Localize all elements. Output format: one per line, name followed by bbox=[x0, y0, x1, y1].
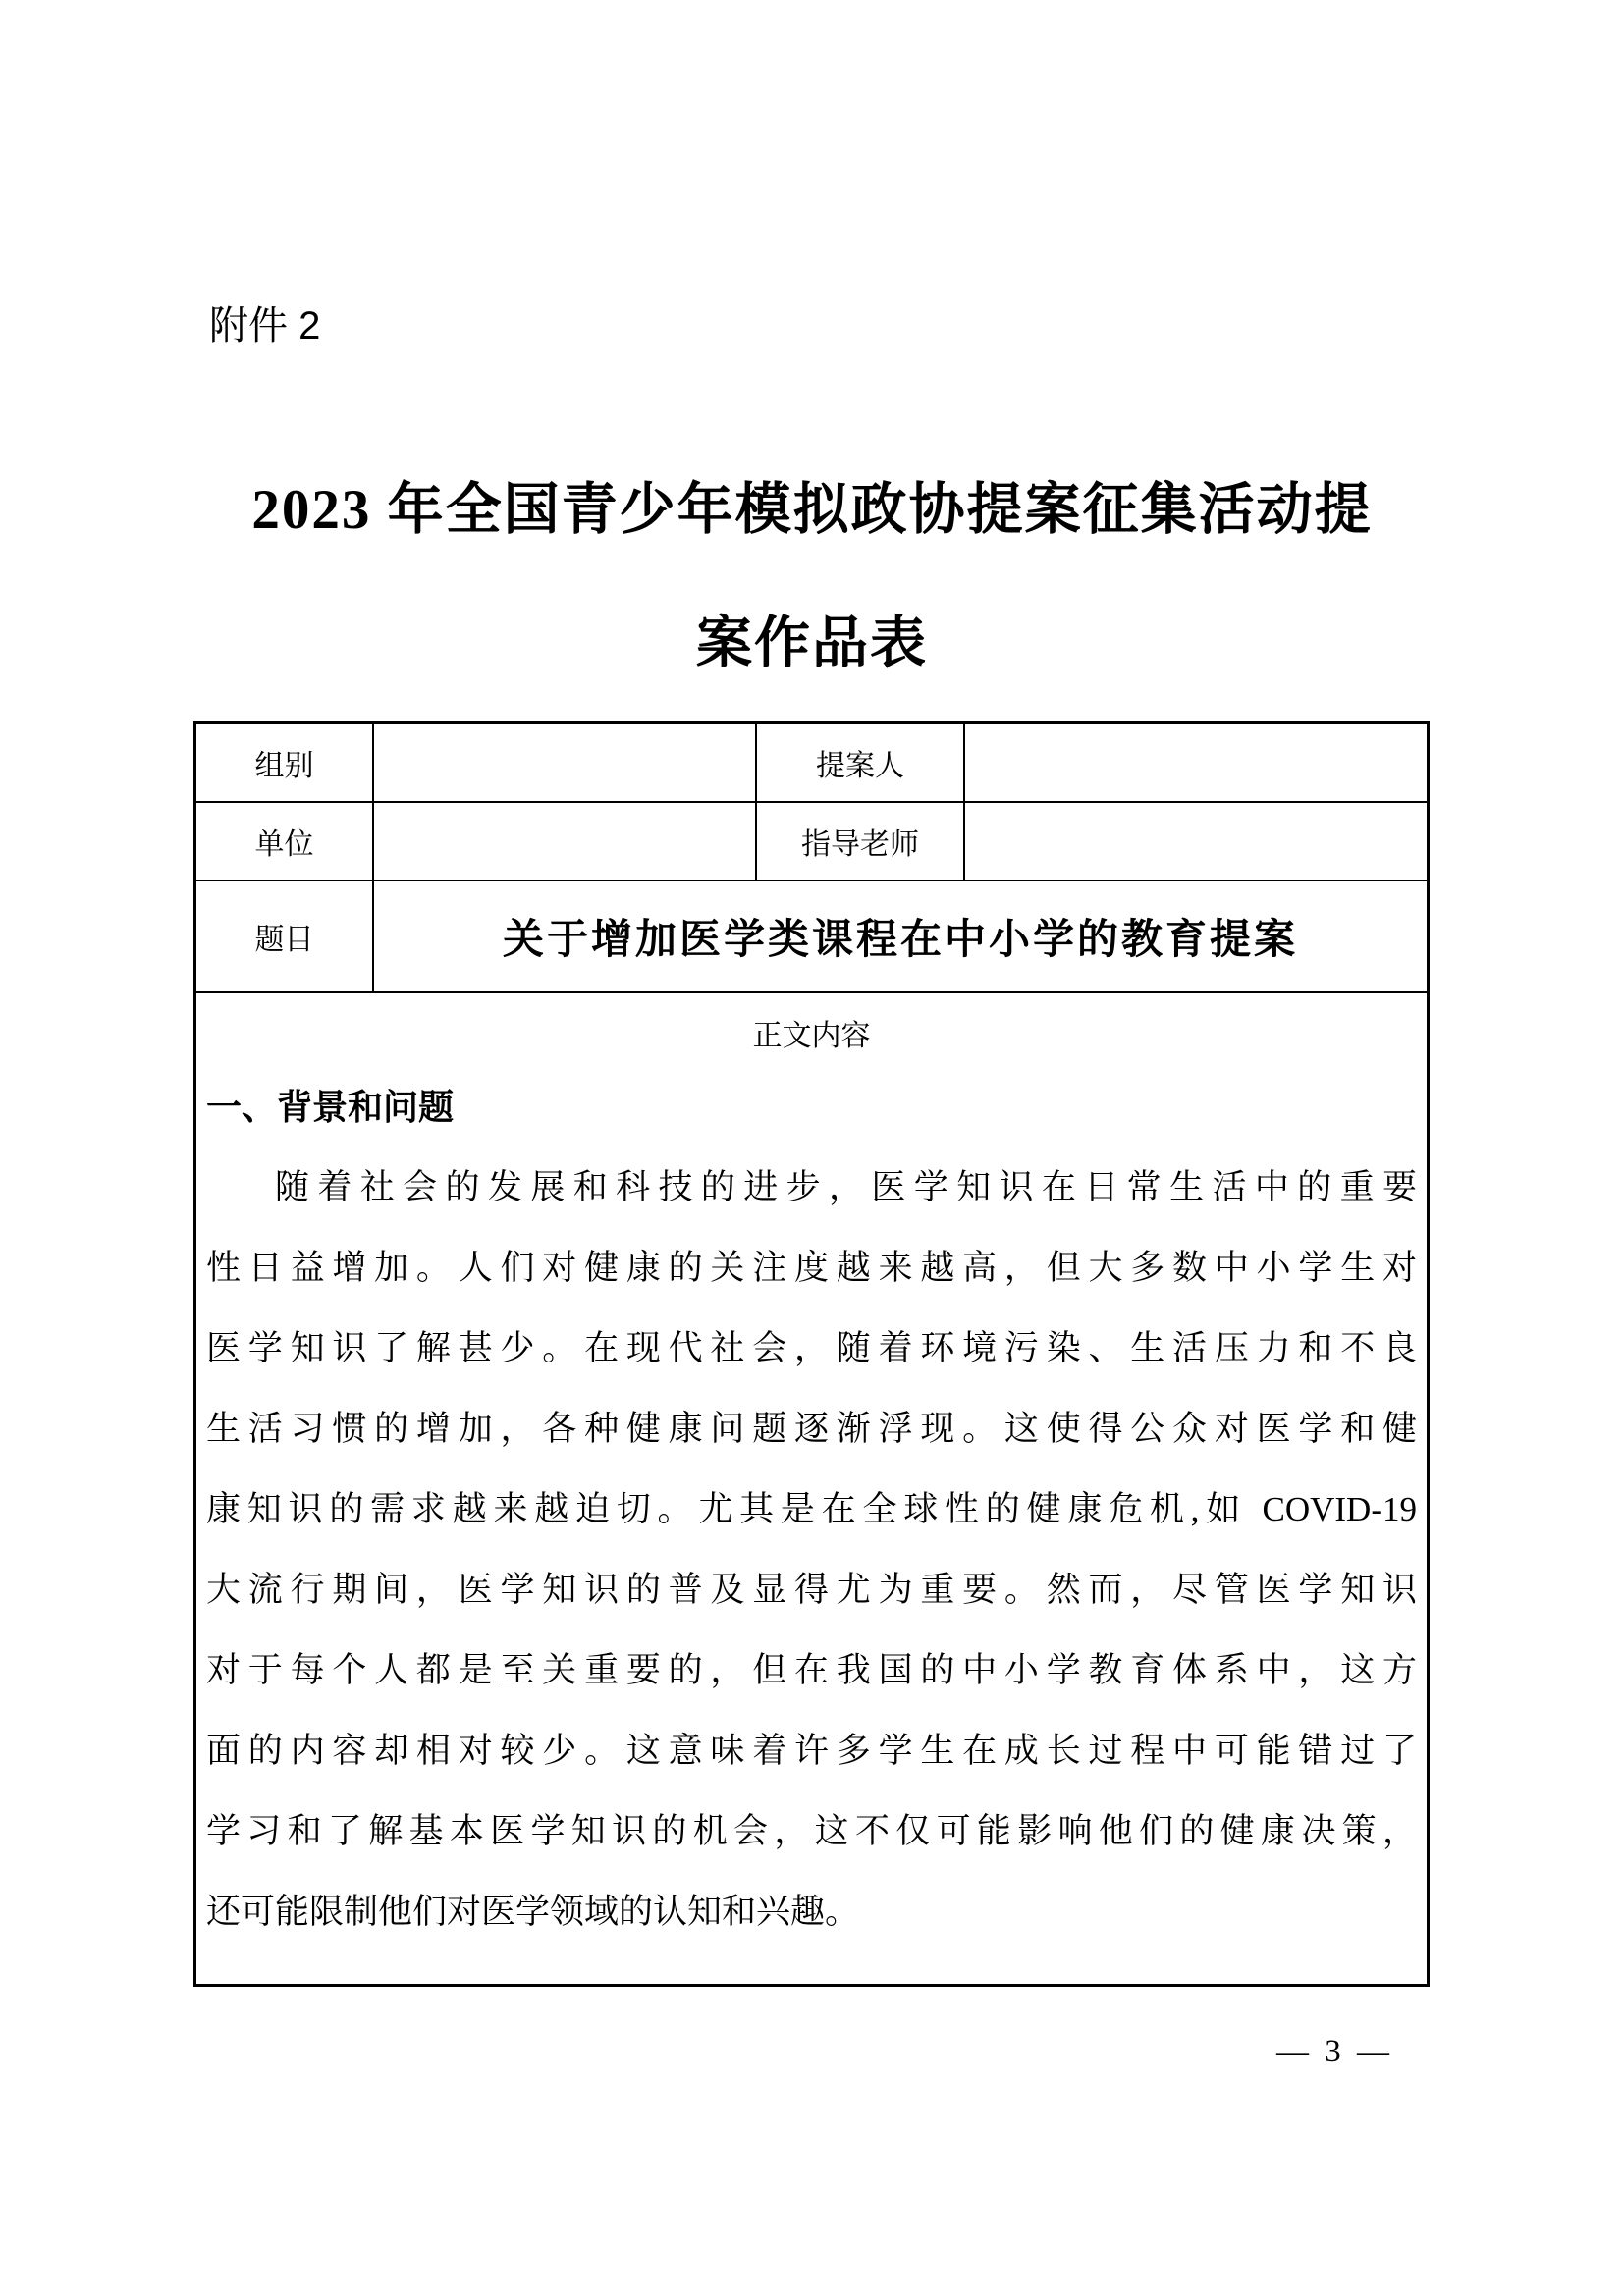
body-line: 性日益增加。人们对健康的关注度越来越高，但大多数中小学生对 bbox=[206, 1228, 1417, 1308]
body-line: 生活习惯的增加，各种健康问题逐渐浮现。这使得公众对医学和健 bbox=[206, 1389, 1417, 1469]
document-page: 附件 2 2023 年全国青少年模拟政协提案征集活动提 案作品表 组别 提案人 … bbox=[0, 0, 1624, 2296]
body-line: 对于每个人都是至关重要的，但在我国的中小学教育体系中，这方 bbox=[206, 1630, 1417, 1711]
document-title-line2: 案作品表 bbox=[118, 577, 1506, 711]
topic-title: 关于增加医学类课程在中小学的教育提案 bbox=[374, 881, 1427, 993]
group-label: 组别 bbox=[196, 724, 374, 803]
advisor-label: 指导老师 bbox=[757, 803, 965, 881]
content-header: 正文内容 bbox=[206, 1011, 1417, 1054]
document-title: 2023 年全国青少年模拟政协提案征集活动提 案作品表 bbox=[118, 444, 1506, 711]
topic-label: 题目 bbox=[196, 881, 374, 993]
body-line: 学习和了解基本医学知识的机会，这不仅可能影响他们的健康决策， bbox=[206, 1791, 1417, 1872]
body-line: 大流行期间，医学知识的普及显得尤为重要。然而，尽管医学知识 bbox=[206, 1550, 1417, 1630]
body-text: 随着社会的发展和科技的进步，医学知识在日常生活中的重要 性日益增加。人们对健康的… bbox=[206, 1148, 1417, 1952]
proposal-form-table: 组别 提案人 单位 指导老师 题目 关于增加医学类课程在中小学的教育提案 正文内… bbox=[193, 721, 1430, 1987]
body-line: 面的内容却相对较少。这意味着许多学生在成长过程中可能错过了 bbox=[206, 1711, 1417, 1791]
body-line: 康知识的需求越来越迫切。尤其是在全球性的健康危机,如 COVID-19 bbox=[206, 1469, 1417, 1550]
document-title-line1: 2023 年全国青少年模拟政协提案征集活动提 bbox=[118, 444, 1506, 577]
unit-label: 单位 bbox=[196, 803, 374, 881]
section-heading: 一、背景和问题 bbox=[206, 1080, 1417, 1130]
unit-value-cell bbox=[374, 803, 757, 881]
table-row-content: 正文内容 一、背景和问题 随着社会的发展和科技的进步，医学知识在日常生活中的重要… bbox=[196, 993, 1427, 1984]
proposer-label: 提案人 bbox=[757, 724, 965, 803]
group-value-cell bbox=[374, 724, 757, 803]
table-row-unit-advisor: 单位 指导老师 bbox=[196, 803, 1427, 881]
attachment-label: 附件 2 bbox=[209, 302, 320, 349]
advisor-value-cell bbox=[965, 803, 1427, 881]
body-line: 随着社会的发展和科技的进步，医学知识在日常生活中的重要 bbox=[206, 1148, 1417, 1228]
content-cell: 正文内容 一、背景和问题 随着社会的发展和科技的进步，医学知识在日常生活中的重要… bbox=[196, 993, 1427, 1984]
proposer-value-cell bbox=[965, 724, 1427, 803]
page-number: — 3 — bbox=[1276, 2034, 1393, 2070]
body-line: 还可能限制他们对医学领域的认知和兴趣。 bbox=[206, 1872, 1417, 1952]
body-line: 医学知识了解甚少。在现代社会，随着环境污染、生活压力和不良 bbox=[206, 1308, 1417, 1389]
table-row-group-proposer: 组别 提案人 bbox=[196, 724, 1427, 803]
table-row-topic: 题目 关于增加医学类课程在中小学的教育提案 bbox=[196, 881, 1427, 993]
